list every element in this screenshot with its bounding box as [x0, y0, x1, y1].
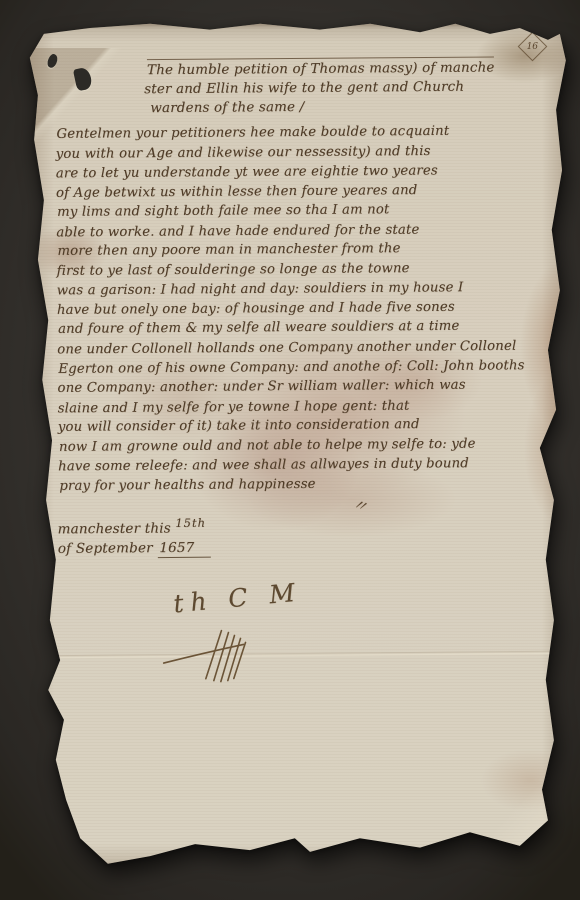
manuscript-text: The humble petition of Thomas massy) of … [23, 20, 572, 876]
photo-background: 16 The humble petition of Thomas massy) … [0, 0, 580, 900]
dateline-place: manchester this 15th [58, 514, 211, 540]
body-line: pray for your healths and happinesse [59, 473, 525, 496]
pen-flourish: 〃 [350, 493, 371, 518]
body-line: Gentelmen your petitioners hee make boul… [56, 121, 522, 144]
heading-line: ster and Ellin his wife to the gent and … [144, 77, 495, 99]
body-line: are to let yu understande yt wee are eig… [56, 161, 522, 184]
manuscript-page: 16 The humble petition of Thomas massy) … [26, 22, 568, 874]
petition-body: Gentelmen your petitioners hee make boul… [55, 121, 524, 496]
body-line: more then any poore man in manchester fr… [57, 238, 523, 261]
heading-line: wardens of the same / [150, 96, 495, 118]
heading-line: The humble petition of Thomas massy) of … [147, 56, 495, 80]
paper-sheet: 16 The humble petition of Thomas massy) … [26, 22, 568, 874]
petition-heading: The humble petition of Thomas massy) of … [147, 56, 495, 118]
dateline-day: 15th [175, 516, 206, 530]
body-line: slaine and I my selfe for ye towne I hop… [58, 395, 524, 418]
dateline: manchester this 15th of September 1657 [58, 514, 211, 559]
dateline-year: 1657 [157, 539, 210, 557]
dateline-date: of September 1657 [58, 538, 211, 558]
petitioner-initials: th C M [172, 577, 303, 618]
petitioner-mark-icon [159, 622, 279, 685]
body-line: was a garison: I had night and day: soul… [57, 278, 523, 301]
body-line: Egerton one of his owne Company: and ano… [58, 356, 524, 379]
